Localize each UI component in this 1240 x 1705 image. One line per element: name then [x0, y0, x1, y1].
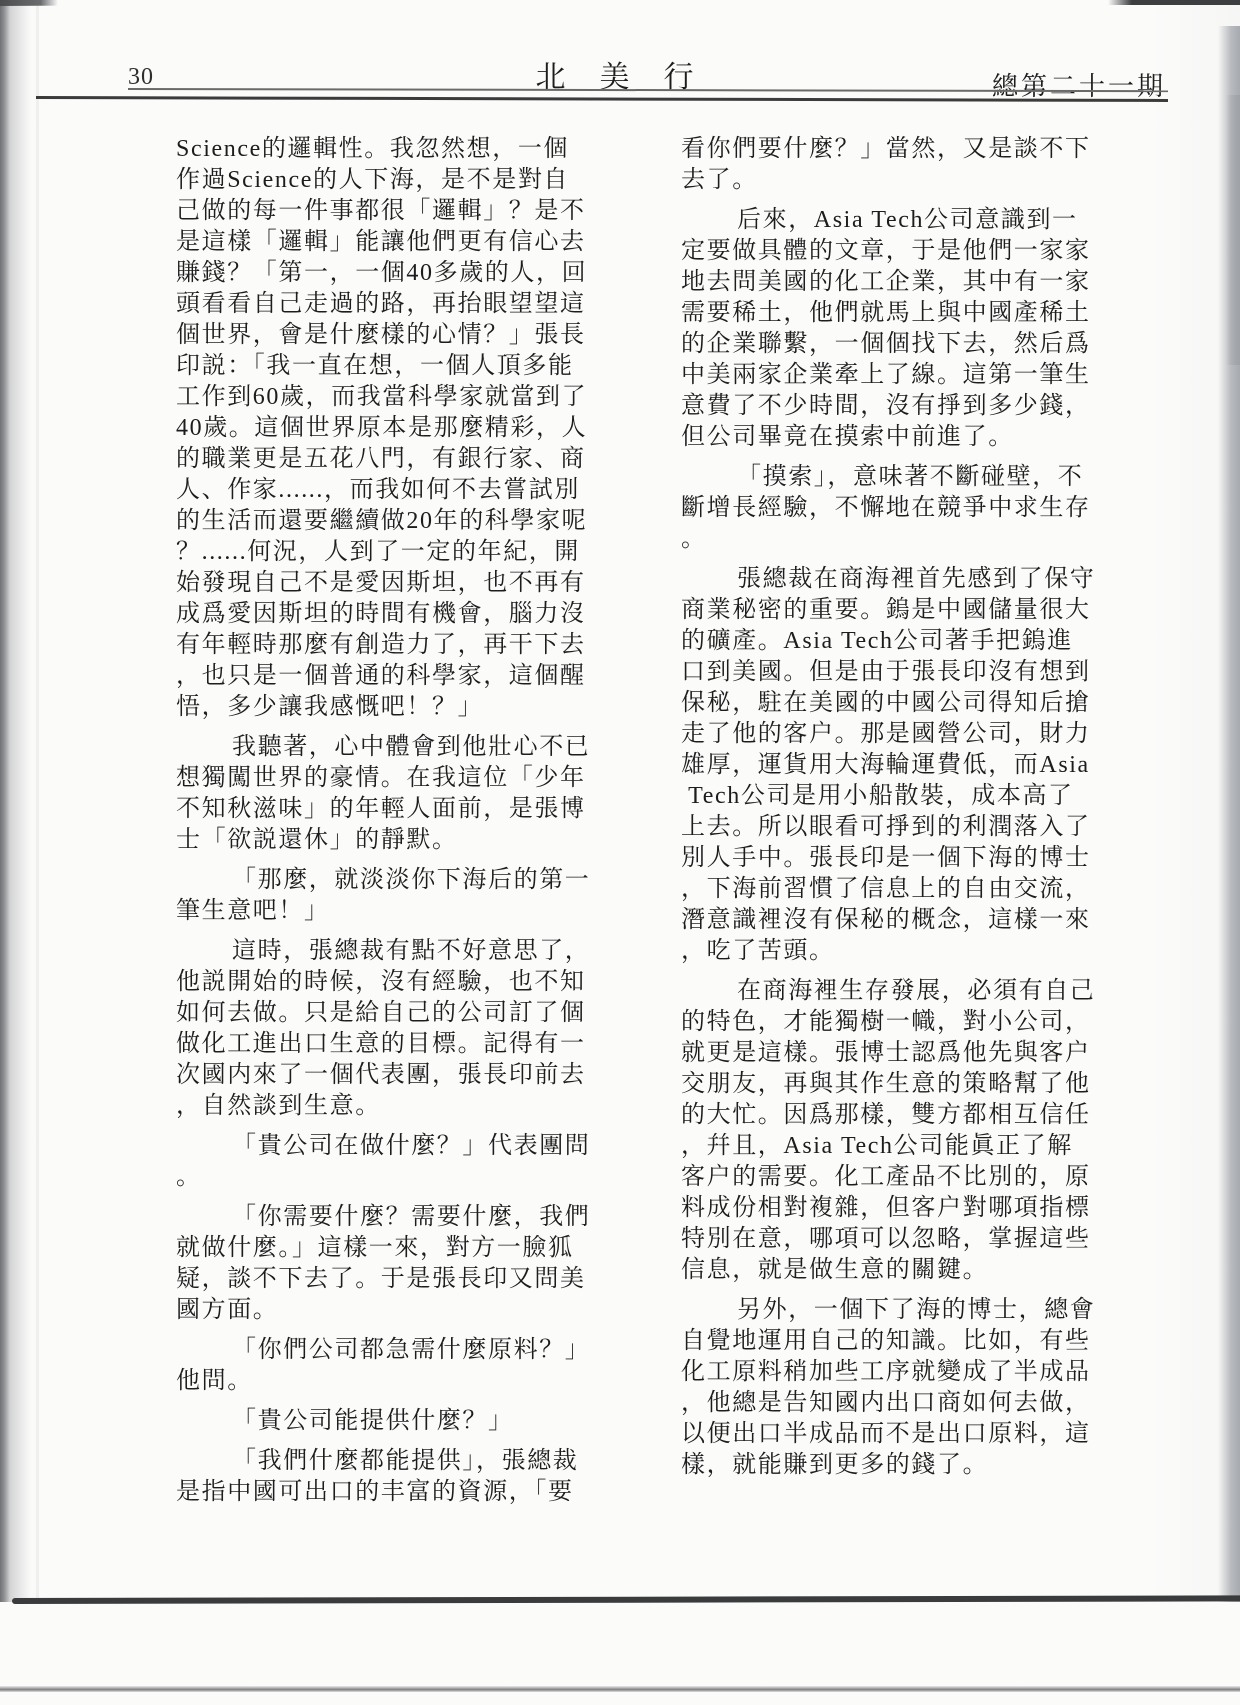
text-line: 另外，一個下了海的博士，總會 [681, 1295, 1095, 1326]
text-line: 斷增長經驗，不懈地在競爭中求生存 [681, 493, 1095, 524]
text-line: 是這樣「邏輯」能讓他們更有信心去 [176, 227, 590, 258]
text-line: 上去。所以眼看可掙到的利潤落入了 [681, 812, 1095, 843]
text-line: Tech公司是用小船散裝，成本高了 [681, 781, 1095, 812]
text-line: 「你們公司都急需什麼原料？」 [176, 1335, 590, 1366]
page-number: 30 [128, 64, 154, 91]
text-line: 我聽著，心中體會到他壯心不已 [176, 732, 590, 763]
page-right-edge-shadow-dark [1226, 95, 1240, 365]
paragraph: 「貴公司能提供什麼？」 [176, 1406, 590, 1437]
text-line: 「貴公司能提供什麼？」 [176, 1406, 590, 1437]
text-line: ，自然談到生意。 [176, 1091, 590, 1122]
text-line: 頭看看自己走過的路，再抬眼望望這 [176, 289, 590, 320]
paragraph: 這時，張總裁有點不好意思了，他説開始的時候，沒有經驗，也不知如何去做。只是給自己… [176, 936, 590, 1122]
text-line: 走了他的客户。那是國營公司，財力 [681, 719, 1095, 750]
text-line: 化工原料稍加些工序就變成了半成品 [681, 1357, 1095, 1388]
text-line: 地去問美國的化工企業，其中有一家 [681, 267, 1095, 298]
text-line: 不知秋滋味」的年輕人面前，是張博 [176, 794, 590, 825]
scan-top-left-artifact [0, 0, 58, 6]
right-column: 看你們要什麼？」當然，又是談不下去了。后來，Asia Tech公司意識到一定要做… [681, 134, 1095, 1481]
text-line: 的礦產。Asia Tech公司著手把鎢進 [681, 626, 1095, 657]
text-line: ，下海前習慣了信息上的自由交流， [681, 874, 1095, 905]
text-line: 中美兩家企業牽上了線。這第一筆生 [681, 360, 1095, 391]
text-line: 的特色，才能獨樹一幟，對小公司， [681, 1007, 1095, 1038]
text-line: 士「欲説還休」的靜默。 [176, 825, 590, 856]
text-line: 料成份相對複雜，但客户對哪項指標 [681, 1193, 1095, 1224]
text-line: 「那麼，就淡淡你下海后的第一 [176, 865, 590, 896]
text-line: 交朋友，再與其作生意的策略幫了他 [681, 1069, 1095, 1100]
text-line: 。 [176, 1162, 590, 1193]
text-line: 己做的每一件事都很「邏輯」？是不 [176, 196, 590, 227]
left-column: Science的邏輯性。我忽然想，一個作過Science的人下海，是不是對自己做… [176, 134, 590, 1508]
paragraph: 在商海裡生存發展，必須有自己的特色，才能獨樹一幟，對小公司，就更是這樣。張博士認… [681, 976, 1095, 1286]
paragraph: 「我們什麼都能提供」，張總裁是指中國可出口的丰富的資源，「要 [176, 1446, 590, 1508]
issue-label: 總第二十一期 [992, 66, 1166, 103]
text-line: 疑，談不下去了。于是張長印又問美 [176, 1264, 590, 1295]
text-line: 工作到60歲，而我當科學家就當到了 [176, 382, 590, 413]
text-line: 去了。 [681, 165, 1095, 196]
scanner-bed-streak [0, 1686, 1240, 1692]
paragraph: 「貴公司在做什麼？」代表團問。 [176, 1131, 590, 1193]
text-line: 這時，張總裁有點不好意思了， [176, 936, 590, 967]
paragraph: Science的邏輯性。我忽然想，一個作過Science的人下海，是不是對自己做… [176, 134, 590, 723]
text-line: 的大忙。因爲那樣，雙方都相互信任 [681, 1100, 1095, 1131]
text-line: 做化工進出口生意的目標。記得有一 [176, 1029, 590, 1060]
text-line: 別人手中。張長印是一個下海的博士 [681, 843, 1095, 874]
text-line: 后來，Asia Tech公司意識到一 [681, 205, 1095, 236]
text-line: 次國内來了一個代表團，張長印前去 [176, 1060, 590, 1091]
text-line: 的企業聯繫，一個個找下去，然后爲 [681, 329, 1095, 360]
text-line: 樣，就能賺到更多的錢了。 [681, 1450, 1095, 1481]
text-line: 在商海裡生存發展，必須有自己 [681, 976, 1095, 1007]
text-line: 國方面。 [176, 1295, 590, 1326]
text-line: 雄厚，運貨用大海輪運費低，而Asia [681, 750, 1095, 781]
text-line: 「摸索」，意味著不斷碰壁，不 [681, 462, 1095, 493]
text-line: ，吃了苦頭。 [681, 936, 1095, 967]
text-line: Science的邏輯性。我忽然想，一個 [176, 134, 590, 165]
text-line: 保秘，駐在美國的中國公司得知后搶 [681, 688, 1095, 719]
text-line: ，他總是告知國内出口商如何去做， [681, 1388, 1095, 1419]
text-line: 特別在意，哪項可以忽略，掌握這些 [681, 1224, 1095, 1255]
text-line: 「你需要什麼？需要什麼，我們 [176, 1202, 590, 1233]
text-line: 信息，就是做生意的關鍵。 [681, 1255, 1095, 1286]
text-line: 作過Science的人下海，是不是對自 [176, 165, 590, 196]
text-line: 他説開始的時候，沒有經驗，也不知 [176, 967, 590, 998]
text-line: 意費了不少時間，沒有掙到多少錢， [681, 391, 1095, 422]
paragraph: 看你們要什麼？」當然，又是談不下去了。 [681, 134, 1095, 196]
text-line: 客户的需要。化工產品不比別的，原 [681, 1162, 1095, 1193]
page-header: 30 北美行 總第二十一期 [0, 0, 1240, 110]
text-line: 口到美國。但是由于張長印沒有想到 [681, 657, 1095, 688]
text-line: ，幷且，Asia Tech公司能眞正了解 [681, 1131, 1095, 1162]
scan-left-edge-shadow [0, 0, 30, 1602]
text-line: 。 [681, 524, 1095, 555]
text-line: 如何去做。只是給自己的公司訂了個 [176, 998, 590, 1029]
page-fold-line [36, 0, 39, 1602]
text-line: 商業秘密的重要。鎢是中國儲量很大 [681, 595, 1095, 626]
text-line: 以便出口半成品而不是出口原料，這 [681, 1419, 1095, 1450]
text-line: ？......何況，人到了一定的年紀，開 [176, 537, 590, 568]
paragraph: 「你們公司都急需什麼原料？」他問。 [176, 1335, 590, 1397]
paragraph: 「那麼，就淡淡你下海后的第一筆生意吧！」 [176, 865, 590, 927]
text-line: 筆生意吧！」 [176, 896, 590, 927]
paragraph: 張總裁在商海裡首先感到了保守商業秘密的重要。鎢是中國儲量很大的礦產。Asia T… [681, 564, 1095, 967]
paragraph: 后來，Asia Tech公司意識到一定要做具體的文章，于是他們一家家地去問美國的… [681, 205, 1095, 453]
text-line: 的職業更是五花八門，有銀行家、商 [176, 444, 590, 475]
text-line: 他問。 [176, 1366, 590, 1397]
text-line: 看你們要什麼？」當然，又是談不下 [681, 134, 1095, 165]
text-line: 賺錢？「第一，一個40多歲的人，回 [176, 258, 590, 289]
text-line: 「我們什麼都能提供」，張總裁 [176, 1446, 590, 1477]
scan-top-right-artifact [1108, 0, 1240, 5]
text-line: 就更是這樣。張博士認爲他先與客户 [681, 1038, 1095, 1069]
text-line: 想獨闖世界的豪情。在我這位「少年 [176, 763, 590, 794]
paragraph: 「你需要什麼？需要什麼，我們就做什麼。」這樣一來，對方一臉狐疑，談不下去了。于是… [176, 1202, 590, 1326]
text-line: 是指中國可出口的丰富的資源，「要 [176, 1477, 590, 1508]
text-line: 就做什麼。」這樣一來，對方一臉狐 [176, 1233, 590, 1264]
text-line: 「貴公司在做什麼？」代表團問 [176, 1131, 590, 1162]
text-line: 印説：「我一直在想，一個人頂多能 [176, 351, 590, 382]
text-line: 的生活而還要繼續做20年的科學家呢 [176, 506, 590, 537]
text-line: 人、作家......，而我如何不去嘗試別 [176, 475, 590, 506]
paragraph: 「摸索」，意味著不斷碰壁，不斷增長經驗，不懈地在競爭中求生存。 [681, 462, 1095, 555]
text-line: 需要稀土，他們就馬上與中國產稀土 [681, 298, 1095, 329]
scanned-magazine-page: 30 北美行 總第二十一期 Science的邏輯性。我忽然想，一個作過Scien… [0, 0, 1240, 1602]
text-line: ，也只是一個普通的科學家，這個醒 [176, 661, 590, 692]
text-line: 但公司畢竟在摸索中前進了。 [681, 422, 1095, 453]
paragraph: 另外，一個下了海的博士，總會自覺地運用自己的知識。比如，有些化工原料稍加些工序就… [681, 1295, 1095, 1481]
text-line: 張總裁在商海裡首先感到了保守 [681, 564, 1095, 595]
text-line: 40歲。這個世界原本是那麼精彩，人 [176, 413, 590, 444]
paragraph: 我聽著，心中體會到他壯心不已想獨闖世界的豪情。在我這位「少年不知秋滋味」的年輕人… [176, 732, 590, 856]
text-line: 個世界，會是什麼樣的心情？」張長 [176, 320, 590, 351]
text-line: 成爲愛因斯坦的時間有機會，腦力沒 [176, 599, 590, 630]
text-line: 定要做具體的文章，于是他們一家家 [681, 236, 1095, 267]
text-line: 有年輕時那麼有創造力了，再干下去 [176, 630, 590, 661]
text-line: 悟，多少讓我感慨吧！？」 [176, 692, 590, 723]
text-line: 自覺地運用自己的知識。比如，有些 [681, 1326, 1095, 1357]
text-line: 潛意識裡沒有保秘的概念，這樣一來 [681, 905, 1095, 936]
text-line: 始發現自己不是愛因斯坦，也不再有 [176, 568, 590, 599]
